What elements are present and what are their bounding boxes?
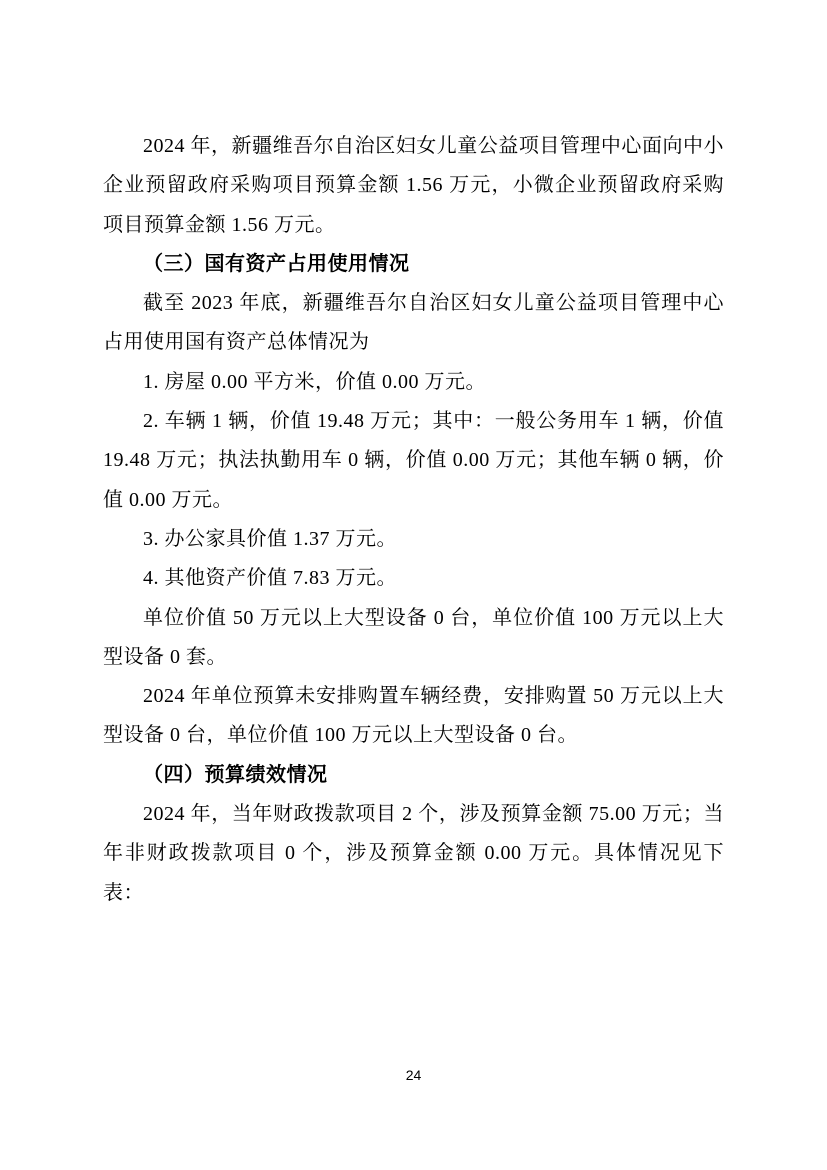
- section-heading-budget-performance: （四）预算绩效情况: [103, 756, 724, 795]
- section-heading-state-assets: （三）国有资产占用使用情况: [103, 245, 724, 284]
- paragraph-large-equipment: 单位价值 50 万元以上大型设备 0 台，单位价值 100 万元以上大型设备 0…: [103, 599, 724, 678]
- paragraph-item-housing: 1. 房屋 0.00 平方米，价值 0.00 万元。: [103, 363, 724, 402]
- document-page: 2024 年，新疆维吾尔自治区妇女儿童公益项目管理中心面向中小企业预留政府采购项…: [0, 0, 827, 1170]
- paragraph-procurement-reserve: 2024 年，新疆维吾尔自治区妇女儿童公益项目管理中心面向中小企业预留政府采购项…: [103, 127, 724, 245]
- page-number: 24: [0, 1066, 827, 1084]
- paragraph-item-furniture: 3. 办公家具价值 1.37 万元。: [103, 520, 724, 559]
- paragraph-performance-summary: 2024 年，当年财政拨款项目 2 个，涉及预算金额 75.00 万元；当年非财…: [103, 795, 724, 913]
- paragraph-item-other-assets: 4. 其他资产价值 7.83 万元。: [103, 559, 724, 598]
- paragraph-2024-budget-equipment: 2024 年单位预算未安排购置车辆经费，安排购置 50 万元以上大型设备 0 台…: [103, 677, 724, 756]
- document-body: 2024 年，新疆维吾尔自治区妇女儿童公益项目管理中心面向中小企业预留政府采购项…: [103, 127, 724, 913]
- paragraph-assets-intro: 截至 2023 年底，新疆维吾尔自治区妇女儿童公益项目管理中心占用使用国有资产总…: [103, 284, 724, 363]
- paragraph-item-vehicles: 2. 车辆 1 辆，价值 19.48 万元；其中：一般公务用车 1 辆，价值 1…: [103, 402, 724, 520]
